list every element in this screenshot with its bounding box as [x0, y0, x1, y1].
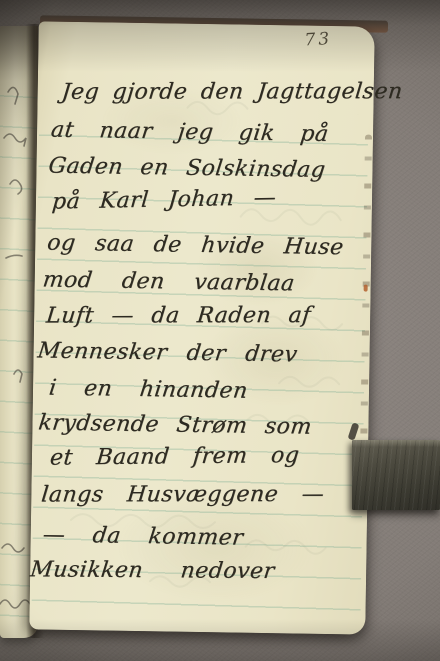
- handwriting-line: Gaden en Solskinsdag: [47, 154, 327, 183]
- metal-page-weight: [352, 440, 440, 510]
- handwriting-line: krydsende Strøm som: [37, 410, 313, 439]
- photo-backdrop: 73 Jeg gjorde den Jagttagelsen at naar j…: [0, 0, 440, 661]
- handwriting-line: Musikken nedover: [29, 557, 276, 584]
- page-edge-red-fleck: [364, 285, 368, 292]
- handwriting-line: et Baand frem og: [49, 443, 301, 471]
- handwriting-line: — da kommer: [41, 523, 245, 551]
- page-number: 73: [304, 29, 333, 50]
- handwriting-line: på Karl Johan —: [51, 185, 277, 214]
- handwriting-line: Jeg gjorde den Jagttagelsen: [60, 79, 403, 105]
- handwriting-line: at naar jeg gik på: [50, 118, 330, 147]
- handwriting-line: langs Husvæggene —: [40, 482, 325, 507]
- handwriting-line: mod den vaarblaa: [41, 268, 296, 297]
- handwriting-line: og saa de hvide Huse: [46, 231, 345, 261]
- metal-highlight: [352, 440, 440, 447]
- handwriting-line: i en hinanden: [48, 376, 250, 404]
- handwriting-line: Mennesker der drev: [36, 338, 299, 367]
- notebook-page: 73 Jeg gjorde den Jagttagelsen at naar j…: [29, 21, 375, 634]
- handwriting-line: Luft — da Raden af: [45, 303, 312, 328]
